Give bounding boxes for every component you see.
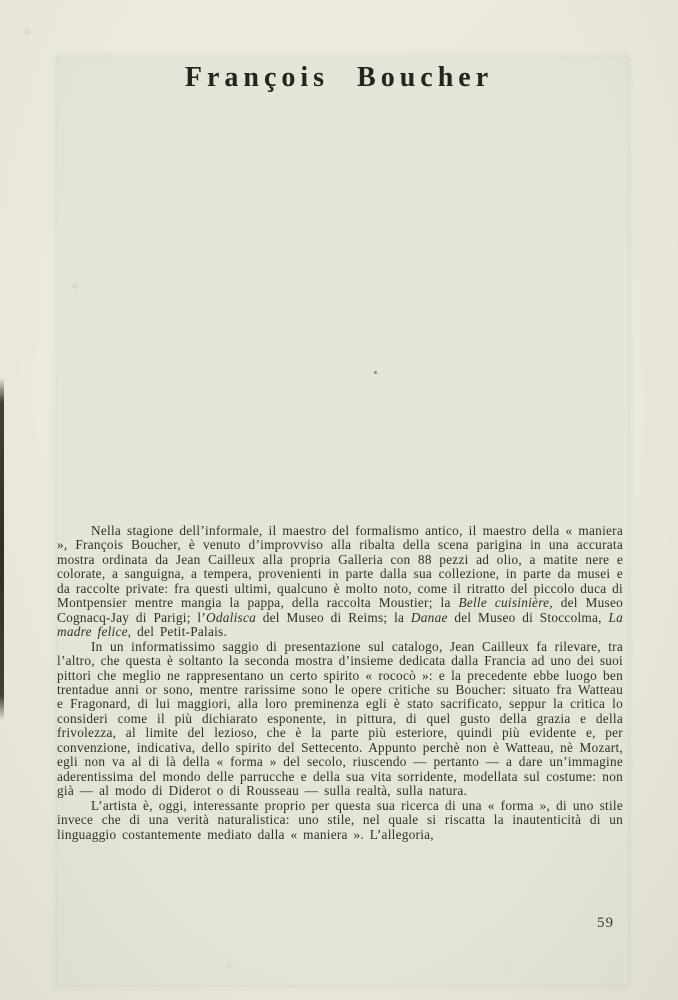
article-text: Nella stagione dell’informale, il maestr…	[57, 524, 623, 842]
scan-edge	[0, 378, 4, 720]
page-title: François Boucher	[0, 62, 678, 94]
text-run: del Museo di Reims; la	[256, 610, 411, 625]
text-run: , del Petit-Palais.	[128, 624, 227, 639]
italic-text-run: Danae	[411, 610, 448, 625]
italic-text-run: Belle cuisinière	[458, 595, 549, 610]
scan-speck	[24, 28, 31, 35]
body-paragraph: Nella stagione dell’informale, il maestr…	[57, 524, 623, 640]
scanned-page: François Boucher Nella stagione dell’inf…	[0, 0, 678, 1000]
italic-text-run: Odalisca	[206, 610, 256, 625]
text-run: In un informatissimo saggio di presentaz…	[57, 639, 623, 799]
text-run: del Museo di Stoccolma,	[448, 610, 609, 625]
page-number: 59	[597, 915, 614, 932]
text-run: L’artista è, oggi, interessante proprio …	[57, 798, 623, 842]
plate-show-through	[57, 57, 628, 985]
body-paragraph: In un informatissimo saggio di presentaz…	[57, 640, 623, 799]
body-paragraph: L’artista è, oggi, interessante proprio …	[57, 799, 623, 842]
